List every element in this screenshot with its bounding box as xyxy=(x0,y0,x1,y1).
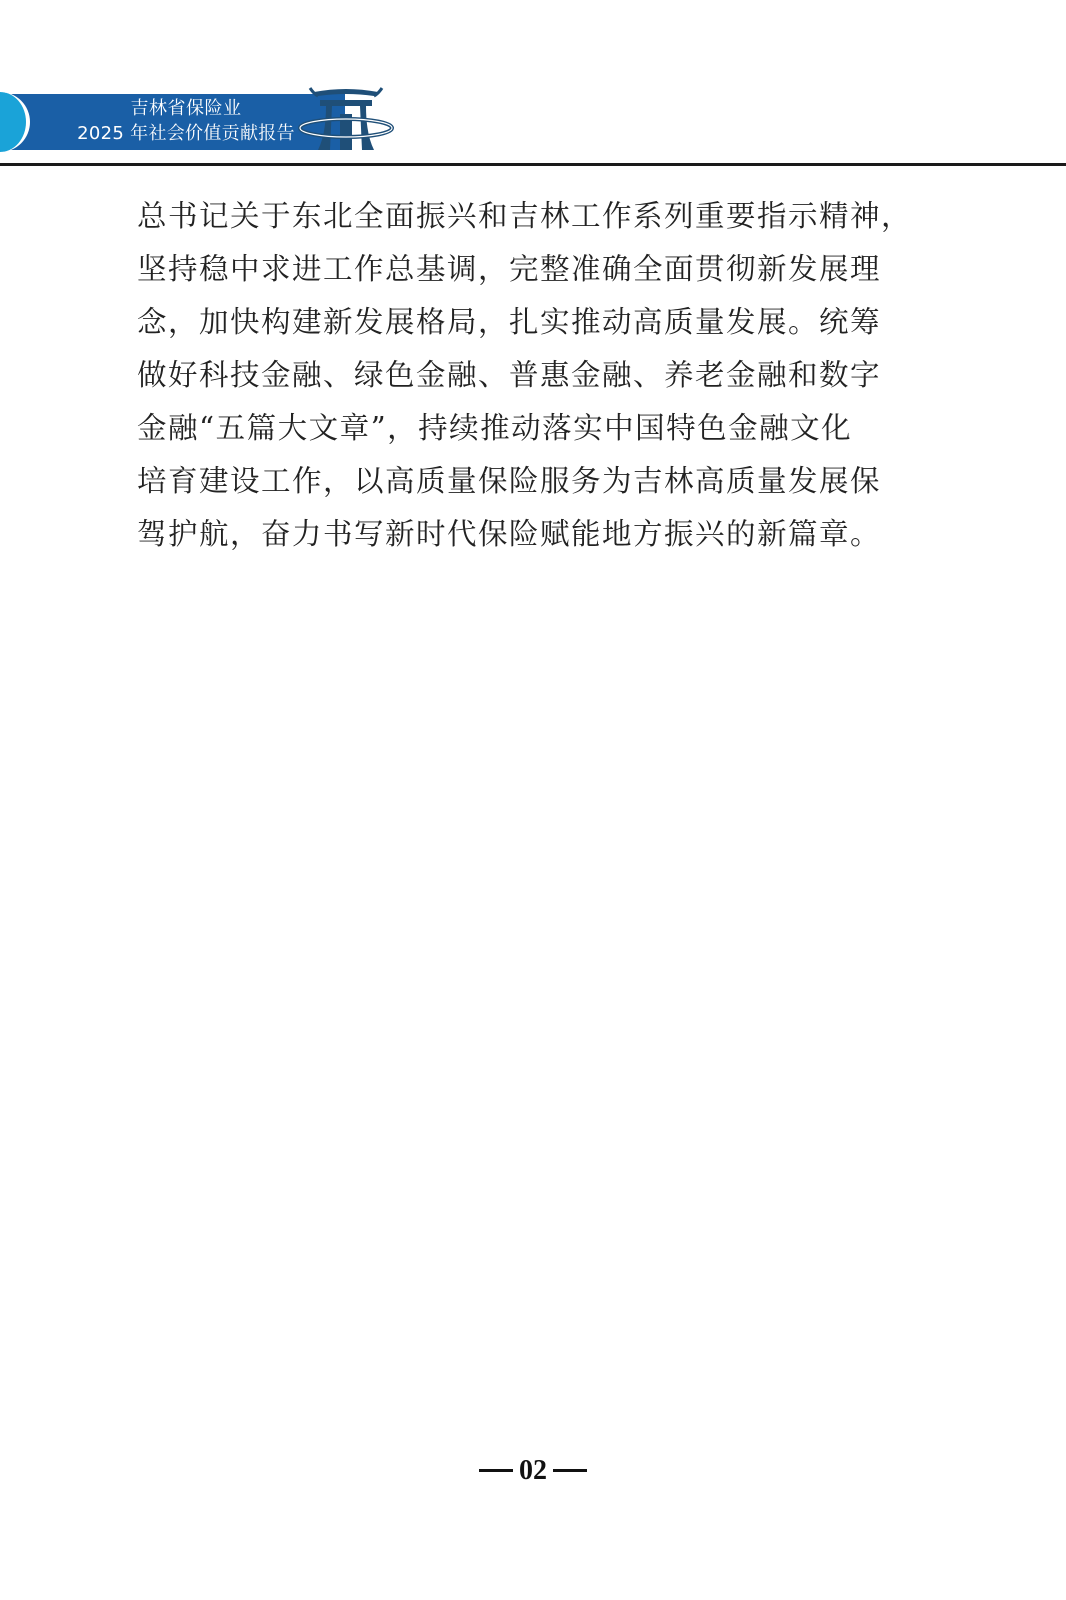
pavilion-ring-logo-icon xyxy=(296,84,396,156)
body-line: 培育建设工作，以高质量保险服务为吉林高质量发展保 xyxy=(137,455,927,508)
report-title: 吉林省保险业 2025 年社会价值贡献报告 xyxy=(36,96,336,146)
dash-decoration xyxy=(479,1469,513,1472)
body-line: 总书记关于东北全面振兴和吉林工作系列重要指示精神， xyxy=(137,190,927,243)
body-paragraph: 总书记关于东北全面振兴和吉林工作系列重要指示精神， 坚持稳中求进工作总基调，完整… xyxy=(137,190,927,561)
body-line: 念，加快构建新发展格局，扎实推动高质量发展。统筹 xyxy=(137,296,927,349)
dash-decoration xyxy=(553,1469,587,1472)
body-line: 金融“五篇大文章”，持续推动落实中国特色金融文化 xyxy=(137,402,927,455)
page-number-value: 02 xyxy=(519,1455,547,1486)
header-divider xyxy=(0,163,1066,166)
report-title-line1: 吉林省保险业 xyxy=(36,96,336,121)
report-title-line2: 2025 年社会价值贡献报告 xyxy=(36,121,336,146)
page-number: 02 xyxy=(0,1455,1066,1487)
body-line: 做好科技金融、绿色金融、普惠金融、养老金融和数字 xyxy=(137,349,927,402)
body-line: 驾护航，奋力书写新时代保险赋能地方振兴的新篇章。 xyxy=(137,508,927,561)
report-header: 吉林省保险业 2025 年社会价值贡献报告 xyxy=(0,0,1066,170)
body-line: 坚持稳中求进工作总基调，完整准确全面贯彻新发展理 xyxy=(137,243,927,296)
